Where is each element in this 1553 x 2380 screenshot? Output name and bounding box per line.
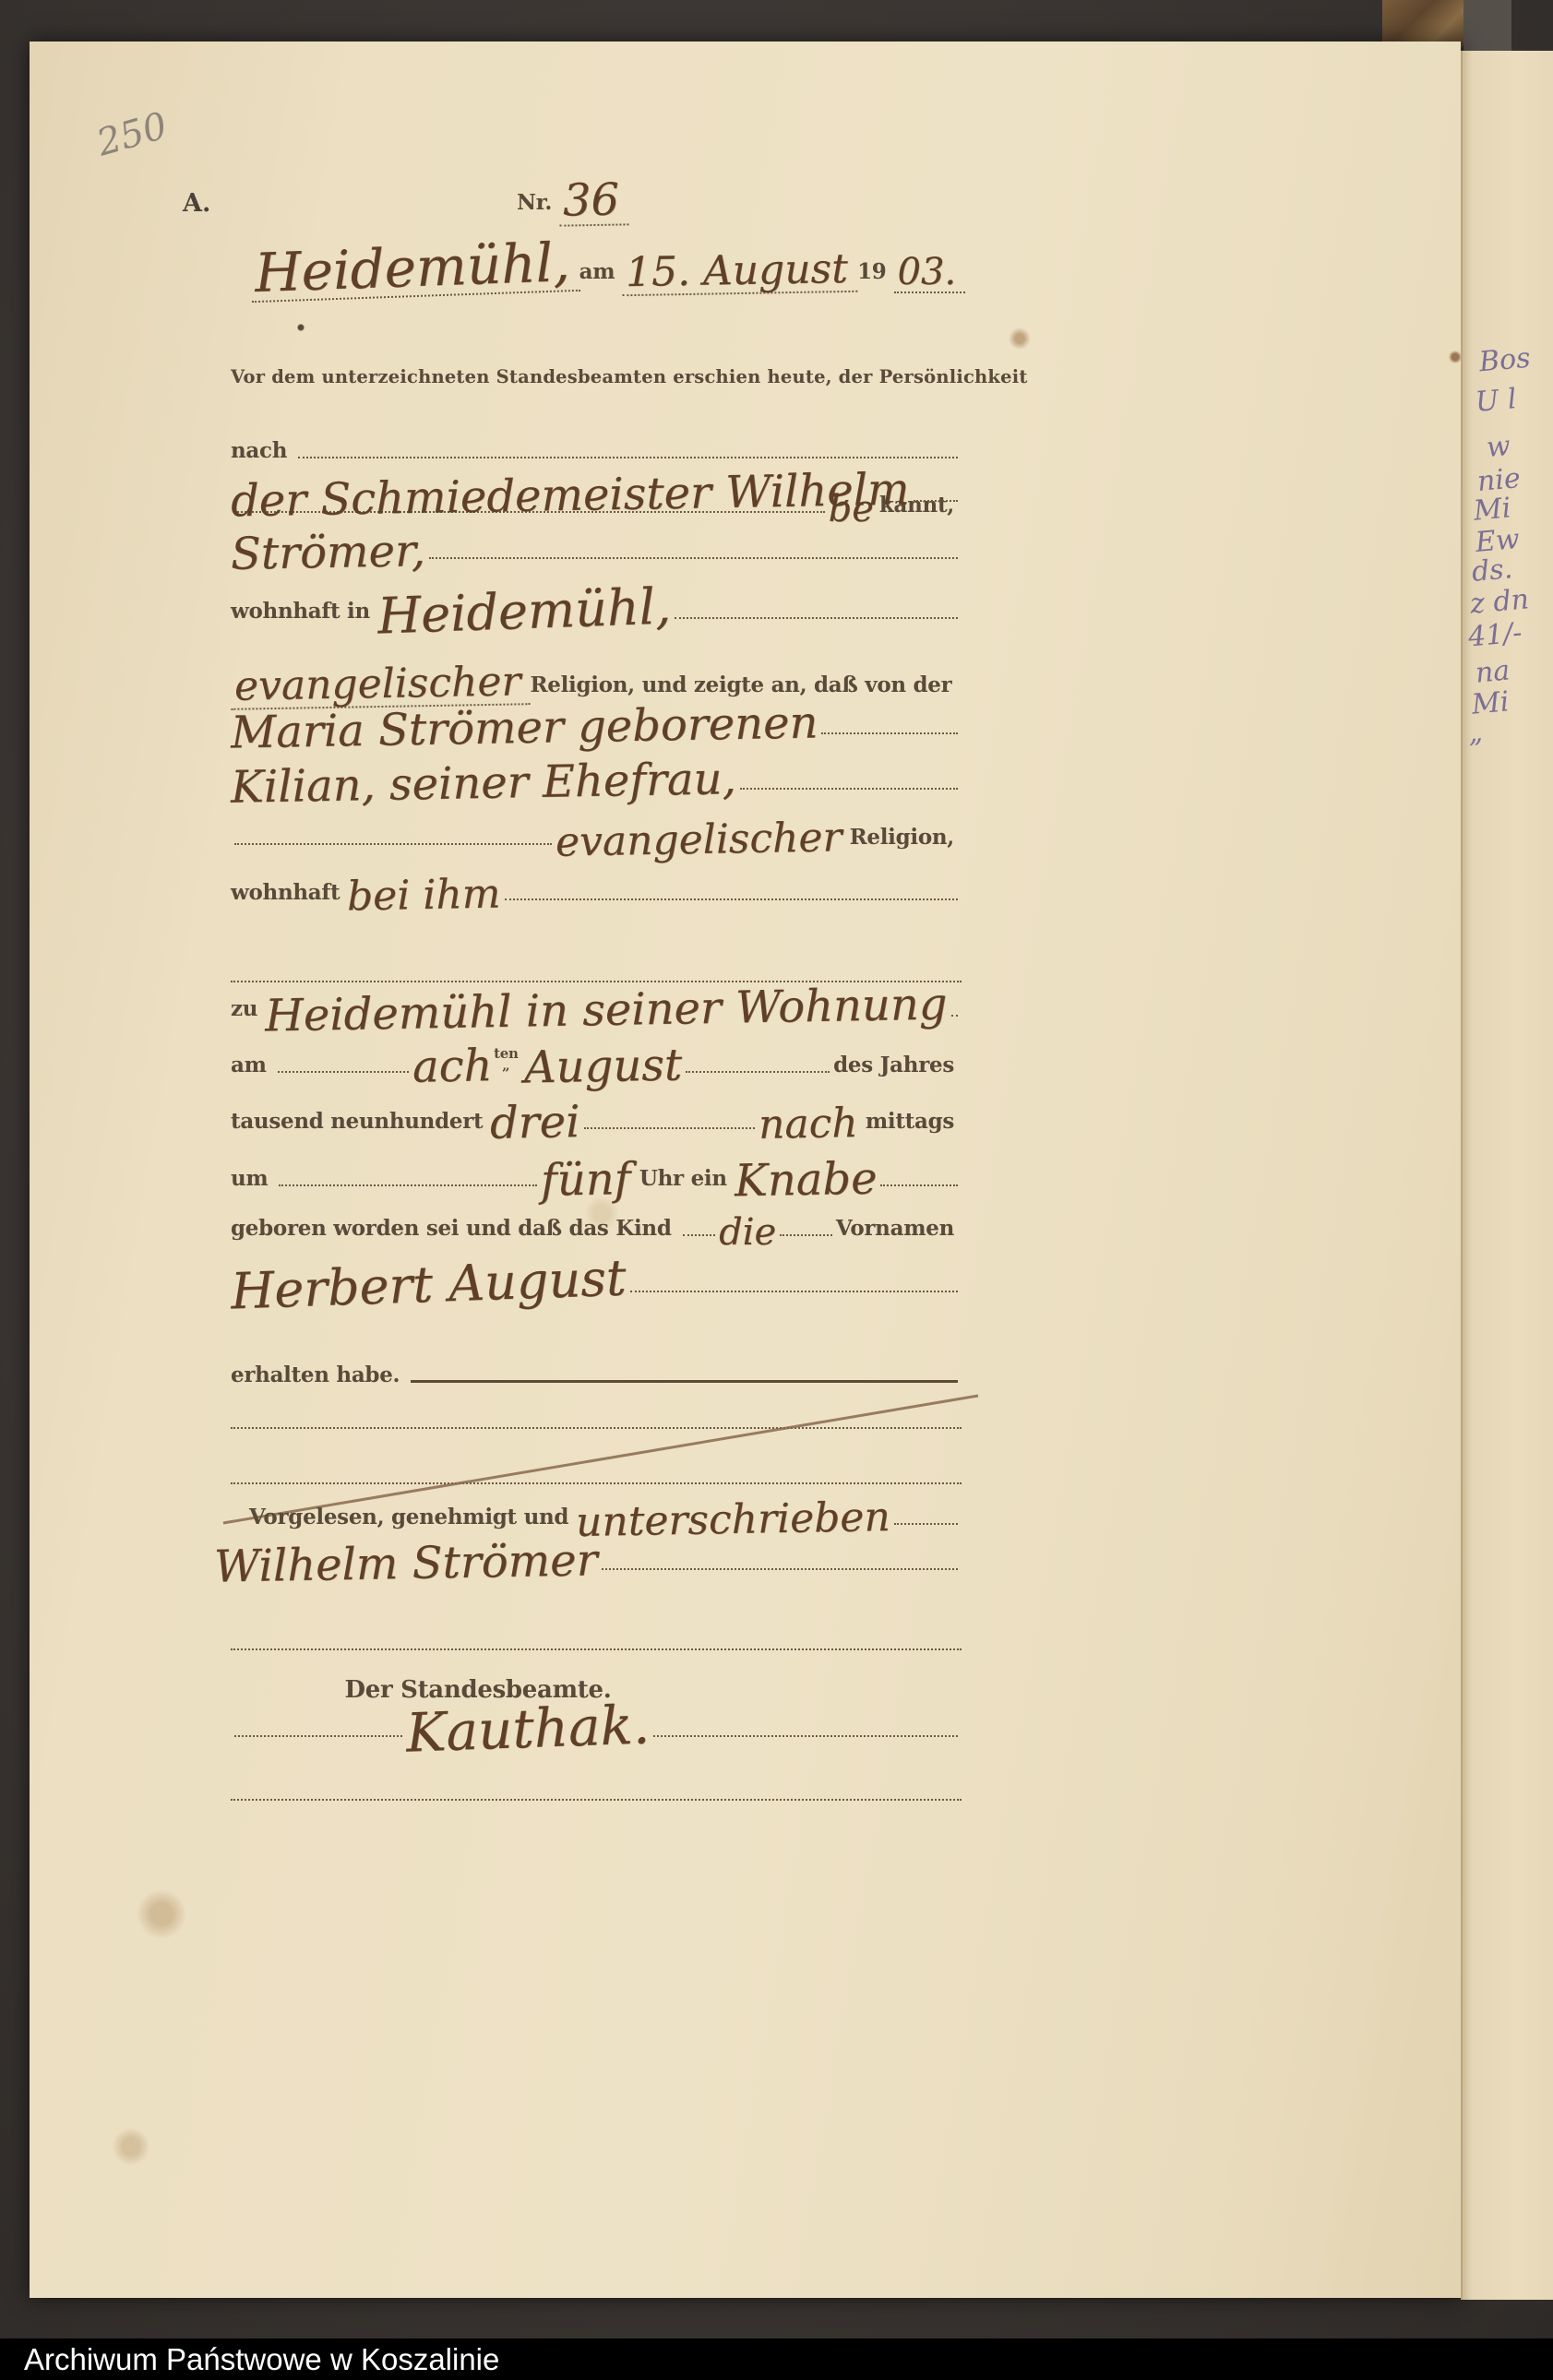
margin-note: z dn: [1469, 583, 1531, 620]
declarant-signature-row: Wilhelm Strömer: [214, 1543, 962, 1577]
wohnhaft-label: wohnhaft: [231, 880, 340, 905]
religion2-printed: Religion,: [850, 825, 954, 850]
mittags-label: mittags: [866, 1109, 954, 1134]
vornamen-label: Vornamen: [836, 1216, 954, 1241]
birthplace-handwritten: Heidemühl in seiner Wohnung: [265, 984, 948, 1038]
meridiem-handwritten: nach: [759, 1104, 858, 1145]
birth-day-row: am ach ten „ August des Jahres: [231, 1045, 962, 1079]
blank-rule: [279, 1183, 536, 1186]
place-name: Heidemühl,: [250, 237, 579, 303]
blank-rule: [675, 615, 958, 619]
wohnhaft-in-label: wohnhaft in: [231, 599, 370, 624]
closing-handwritten: unterschrieben: [576, 1498, 890, 1542]
erhalten-label: erhalten habe.: [231, 1363, 400, 1387]
declarant-line1: der Schmiedemeister Wilhelm: [231, 470, 910, 523]
blank-rule: [683, 1232, 715, 1236]
margin-note: Mi: [1473, 492, 1512, 527]
am-label: am: [579, 259, 615, 284]
margin-note: 41/-: [1467, 617, 1523, 654]
given-names-row: Herbert August: [231, 1261, 962, 1299]
blank-rule: [231, 1425, 962, 1429]
birth-time-row: um fünf Uhr ein Knabe: [231, 1160, 962, 1193]
blank-rule: [686, 1069, 830, 1073]
zu-label: zu: [231, 996, 257, 1021]
date-handwritten: 15. August: [622, 250, 858, 296]
declarant-row-2: Strömer,: [231, 532, 962, 565]
erhalten-row: erhalten habe.: [231, 1363, 962, 1389]
ditto-mark: „: [502, 1062, 510, 1070]
archive-name: Archiwum Państwowe w Koszalinie: [0, 2338, 499, 2380]
um-label: um: [231, 1166, 268, 1191]
margin-note: ds.: [1471, 553, 1514, 589]
vornamen-row: geboren worden sei und daß das Kind die …: [231, 1215, 962, 1243]
blank-rule: [584, 1125, 755, 1129]
blank-rule: [278, 1069, 409, 1073]
blank-rule: [234, 841, 552, 845]
day-suffix: ten „: [494, 1045, 518, 1070]
registrar-signature-row: Kauthak.: [231, 1704, 962, 1743]
scan-stage: 250 A. Nr. 36 Heidemühl, am 15. August 1…: [0, 0, 1553, 2380]
record-number-label: Nr.: [517, 190, 552, 215]
adjacent-page-strip: Bos U l w nie Mi Ew ds. z dn 41/- na Mi …: [1461, 51, 1553, 2300]
geboren-label: geboren worden sei und daß das Kind: [231, 1216, 672, 1241]
day-handwritten: ach: [412, 1046, 492, 1089]
intro-row: Vor dem unterzeichneten Standesbeamten e…: [231, 366, 962, 389]
blank-rule: [780, 1232, 832, 1236]
year-handwritten: 03.: [894, 255, 966, 293]
declarant-line2: Strömer,: [231, 530, 426, 576]
margin-note: „: [1467, 716, 1485, 749]
book-spine-shadow: [1463, 0, 1511, 52]
religion1-printed: Religion, und zeigte an, daß von der: [530, 672, 951, 697]
tausend-label: tausend neunhundert: [231, 1109, 483, 1134]
blank-rule: [914, 498, 958, 502]
mother-line1: Maria Strömer geborenen: [231, 702, 818, 755]
blank-rule: [821, 731, 958, 734]
nach-label: nach: [231, 438, 287, 463]
residence2-row: wohnhaft bei ihm: [231, 876, 962, 907]
margin-note: w: [1486, 430, 1512, 464]
hour-handwritten: fünf: [540, 1159, 630, 1202]
blank-rule: [602, 1566, 958, 1570]
religion2-row: evangelischer Religion,: [231, 821, 962, 851]
section-letter: A.: [183, 189, 210, 218]
blank-rule: [234, 1733, 402, 1737]
birthplace-row: zu Heidemühl in seiner Wohnung: [231, 990, 962, 1023]
religion1-row: evangelischer Religion, und zeigte an, d…: [231, 665, 962, 699]
blank-rule: [429, 555, 958, 559]
birth-year-row: tausend neunhundert drei nach mittags: [231, 1102, 962, 1136]
mother-row-2: Kilian, seiner Ehefrau,: [231, 763, 962, 796]
blank-rule: [231, 1647, 962, 1650]
year-printed: 19: [857, 259, 886, 284]
residence-row: wohnhaft in Heidemühl,: [231, 588, 962, 625]
blank-rule: [951, 1013, 958, 1017]
child-sex-handwritten: Knabe: [734, 1159, 877, 1203]
declarant-row-1: der Schmiedemeister Wilhelm: [231, 475, 962, 508]
record-number: 36: [559, 179, 629, 226]
inked-rule: [411, 1378, 958, 1383]
mother-line2: Kilian, seiner Ehefrau,: [231, 758, 736, 809]
blank-rule: [298, 455, 958, 458]
mother-row-1: Maria Strömer geborenen: [231, 708, 962, 741]
closing-row: Vorgelesen, genehmigt und unterschrieben: [249, 1501, 962, 1531]
blank-rule: [505, 897, 958, 900]
intro-text: Vor dem unterzeichneten Standesbeamten e…: [231, 366, 1028, 387]
registry-page: 250 A. Nr. 36 Heidemühl, am 15. August 1…: [30, 42, 1461, 2298]
given-names-handwritten: Herbert August: [230, 1255, 627, 1315]
pencil-page-number: 250: [92, 104, 172, 164]
des-jahres-label: des Jahres: [833, 1053, 954, 1077]
blank-rule: [740, 786, 958, 790]
blank-rule: [630, 1289, 958, 1292]
declarant-signature: Wilhelm Strömer: [214, 1540, 598, 1589]
residence2-handwritten: bei ihm: [347, 875, 501, 917]
year-word-handwritten: drei: [490, 1101, 580, 1145]
blank-rule: [653, 1733, 958, 1737]
die-handwritten: die: [719, 1215, 776, 1250]
blank-rule: [894, 1521, 958, 1525]
closing-printed: Vorgelesen, genehmigt und: [249, 1505, 568, 1529]
registrar-signature: Kauthak.: [405, 1699, 651, 1758]
am2-label: am: [231, 1053, 267, 1077]
religion2-handwritten: evangelischer: [555, 818, 842, 862]
archive-caption-bar: Archiwum Państwowe w Koszalinie: [0, 2338, 1553, 2380]
margin-note: na: [1475, 654, 1511, 689]
margin-note: U l: [1475, 383, 1518, 419]
blank-rule: [231, 1797, 962, 1801]
uhr-ein-label: Uhr ein: [639, 1166, 727, 1191]
blank-rule: [880, 1183, 958, 1186]
residence-value: Heidemühl,: [376, 582, 672, 639]
place-date-row: Heidemühl, am 15. August 19 03.: [251, 243, 989, 286]
month-handwritten: August: [523, 1045, 682, 1090]
record-number-row: Nr. 36: [517, 180, 701, 217]
margin-note: Bos: [1478, 342, 1532, 379]
nach-row: nach: [231, 438, 962, 465]
blank-rule: [231, 1481, 962, 1484]
